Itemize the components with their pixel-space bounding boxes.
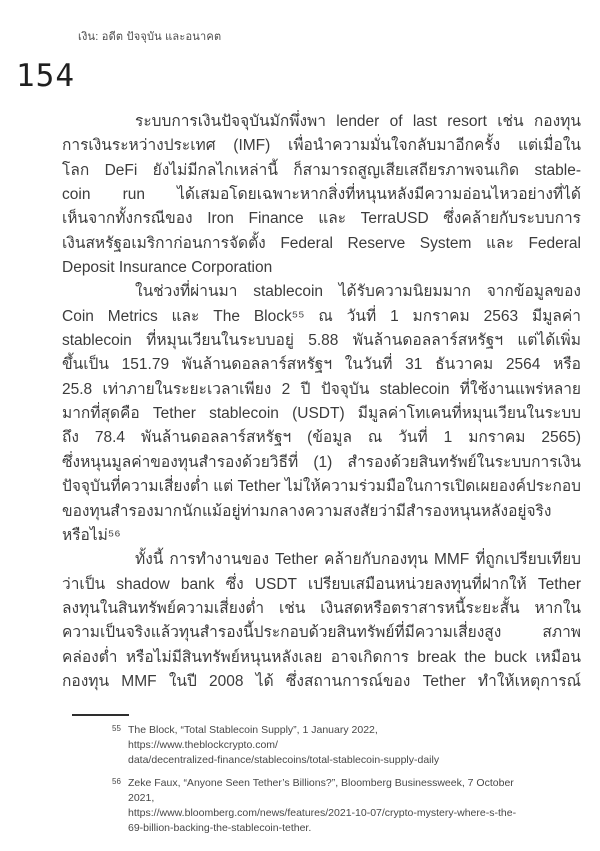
- body-line: กองทุน MMF ในปี 2008 ได้ ซึ่งสถานการณ์ขอ…: [62, 670, 581, 694]
- body-line: ระบบการเงินปัจจุบันมักพึ่งพา lender of l…: [62, 110, 581, 134]
- footnote-line: data/decentralized-finance/stablecoins/t…: [128, 753, 528, 768]
- body-line: การเงินระหว่างประเทศ (IMF) เพื่อนำความมั…: [62, 134, 581, 158]
- body-line: Coin Metrics และ The Block⁵⁵ ณ วันที่ 1 …: [62, 305, 581, 329]
- footnotes: 55 The Block, “Total Stablecoin Supply”,…: [112, 723, 528, 844]
- body-line: ว่าเป็น shadow bank ซึ่ง USDT เปรียบเสมื…: [62, 573, 581, 597]
- body-line: coin run ได้เสมอโดยเฉพาะหากสิ่งที่หนุนหล…: [62, 183, 581, 207]
- body-line: เงินสหรัฐอเมริกาก่อนการจัดตั้ง Federal R…: [62, 232, 581, 256]
- body-line: ขึ้นเป็น 151.79 พันล้านดอลลาร์สหรัฐฯ ในว…: [62, 353, 581, 377]
- footnote-line: The Block, “Total Stablecoin Supply”, 1 …: [128, 723, 528, 753]
- body-line: ทั้งนี้ การทำงานของ Tether คล้ายกับกองทุ…: [62, 548, 581, 572]
- body-line: มากที่สุดคือ Tether stablecoin (USDT) มี…: [62, 402, 581, 426]
- body-line: ลงทุนในสินทรัพย์ความเสี่ยงต่ำ เช่น เงินส…: [62, 597, 581, 621]
- footnote: 56 Zeke Faux, “Anyone Seen Tether’s Bill…: [112, 776, 528, 836]
- body-line: ซึ่งหนุนมูลค่าของทุนสำรองด้วยวิธีที่ (1)…: [62, 451, 581, 475]
- body-line: ความเป็นจริงแล้วทุนสำรองนี้ประกอบด้วยสิน…: [62, 621, 581, 645]
- footnote-number: 56: [112, 774, 121, 789]
- body-line: ปัจจุบันที่ความเสี่ยงต่ำ แต่ Tether ไม่ใ…: [62, 475, 581, 499]
- body-line: ของทุนสำรองมากนักแม้อยู่ท่ามกลางความสงสั…: [62, 500, 581, 524]
- footnote-line: https://www.bloomberg.com/news/features/…: [128, 806, 528, 821]
- body-line: เห็นจากทั้งกรณีของ Iron Finance และ Terr…: [62, 207, 581, 231]
- body-line: คล่องต่ำ หรือไม่มีสินทรัพย์หนุนหลังเลย อ…: [62, 646, 581, 670]
- footnote-number: 55: [112, 721, 121, 736]
- page-number: 154: [16, 58, 75, 94]
- body-line: ในช่วงที่ผ่านมา stablecoin ได้รับความนิย…: [62, 280, 581, 304]
- footnote: 55 The Block, “Total Stablecoin Supply”,…: [112, 723, 528, 768]
- body-line: Deposit Insurance Corporation: [62, 256, 581, 280]
- body-line: 25.8 เท่าภายในระยะเวลาเพียง 2 ปี ปัจจุบั…: [62, 378, 581, 402]
- footnote-line: 69-billion-backing-the-stablecoin-tether…: [128, 821, 528, 836]
- footnote-line: Zeke Faux, “Anyone Seen Tether’s Billion…: [128, 776, 528, 806]
- running-header: เงิน: อดีต ปัจจุบัน และอนาคต: [78, 27, 221, 45]
- body-line: ถึง 78.4 พันล้านดอลลาร์สหรัฐฯ (ข้อมูล ณ …: [62, 426, 581, 450]
- body-text: ระบบการเงินปัจจุบันมักพึ่งพา lender of l…: [62, 110, 581, 694]
- body-line: โลก DeFi ยังไม่มีกลไกเหล่านี้ ก็สามารถสู…: [62, 159, 581, 183]
- footnote-separator: [72, 714, 129, 716]
- body-line: หรือไม่⁵⁶: [62, 524, 581, 548]
- book-page: เงิน: อดีต ปัจจุบัน และอนาคต 154 ระบบการ…: [0, 0, 600, 851]
- body-line: stablecoin ที่หมุนเวียนในระบบอยู่ 5.88 พ…: [62, 329, 581, 353]
